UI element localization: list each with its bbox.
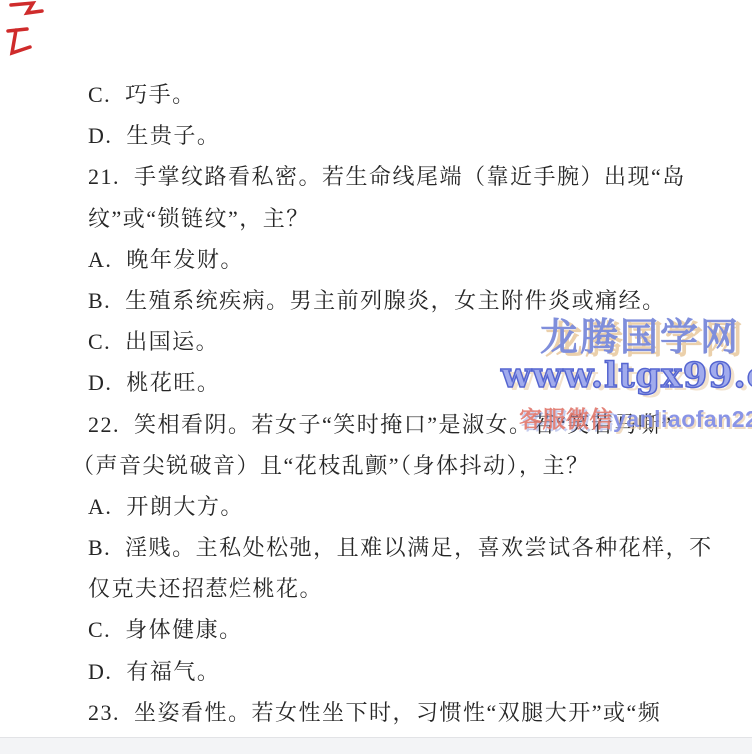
- text-line: C. 巧手。: [0, 74, 752, 115]
- text-line: D. 生贵子。: [0, 115, 752, 156]
- viewer-bottom-strip: [0, 737, 752, 754]
- text-line: （声音尖锐破音）且“花枝乱颤”（身体抖动），主？: [0, 445, 752, 486]
- text-line: B. 淫贱。主私处松弛，且难以满足，喜欢尝试各种花样，不: [0, 527, 752, 568]
- red-stamp-fragment: [3, 0, 55, 62]
- document-text-block: C. 巧手。 D. 生贵子。 21. 手掌纹路看私密。若生命线尾端（靠近手腕）出…: [0, 74, 752, 733]
- text-line-question-23: 23. 坐姿看性。若女性坐下时，习惯性“双腿大开”或“频: [0, 692, 752, 733]
- document-page: C. 巧手。 D. 生贵子。 21. 手掌纹路看私密。若生命线尾端（靠近手腕）出…: [0, 0, 752, 754]
- text-line: 仅克夫还招惹烂桃花。: [0, 568, 752, 609]
- text-line: D. 有福气。: [0, 651, 752, 692]
- text-line: C. 出国运。: [0, 321, 752, 362]
- red-stamp-stroke-1: [11, 3, 42, 13]
- text-line: C. 身体健康。: [0, 609, 752, 650]
- text-line: D. 桃花旺。: [0, 362, 752, 403]
- text-line-question-21: 21. 手掌纹路看私密。若生命线尾端（靠近手腕）出现“岛: [0, 156, 752, 197]
- text-line: 纹”或“锁链纹”，主？: [0, 198, 752, 239]
- text-line: A. 开朗大方。: [0, 486, 752, 527]
- text-line: A. 晚年发财。: [0, 239, 752, 280]
- text-line-question-22: 22. 笑相看阴。若女子“笑时掩口”是淑女。若“笑若马嘶”: [0, 404, 752, 445]
- text-line: B. 生殖系统疾病。男主前列腺炎，女主附件炎或痛经。: [0, 280, 752, 321]
- red-stamp-stroke-2: [8, 29, 30, 53]
